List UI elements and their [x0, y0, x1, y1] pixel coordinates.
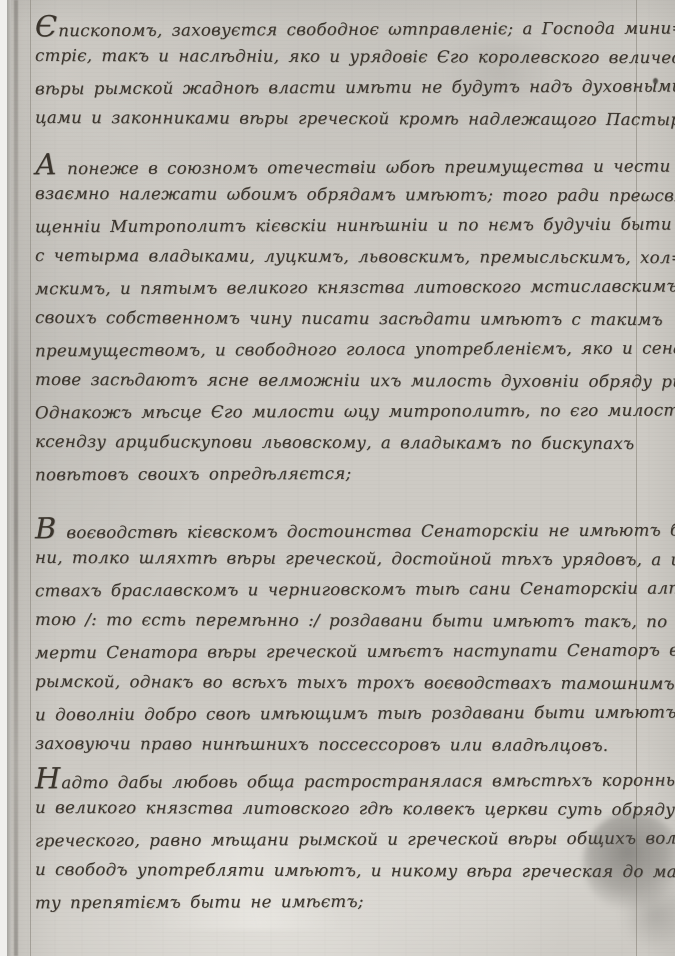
- manuscript-line: щенніи Митрополитъ кієвскіи нинѣшніи и п…: [35, 209, 637, 243]
- paragraph-3: В воєводствѣ кієвскомъ достоинства Сенат…: [35, 512, 637, 760]
- manuscript-line: своихъ собственномъ чину писати засѣдати…: [35, 302, 637, 335]
- ink-dot-mark: [653, 78, 658, 84]
- vertical-fold-crease: [14, 0, 18, 956]
- ink-blot-halo: [620, 880, 675, 950]
- manuscript-line: с четырма владыками, луцкимъ, львовскимъ…: [35, 240, 637, 273]
- manuscript-line: и великого князства литовского гдѣ колве…: [35, 792, 637, 825]
- paragraph-4: Надто дабы любовь обща растространялася …: [35, 762, 637, 917]
- manuscript-line: и свободъ употребляти имѣютъ, и никому в…: [35, 854, 637, 887]
- manuscript-line: ксендзу арцибискупови львовскому, а влад…: [35, 426, 637, 459]
- scan-edge-strip: [0, 0, 7, 956]
- manuscript-line: мскимъ, и пятымъ великого князства литов…: [35, 271, 637, 305]
- paragraph-2: А понеже в союзномъ отечествіи ωбоѣ преи…: [35, 148, 637, 489]
- manuscript-line: мерти Сенатора вѣры греческой имѣєтъ нас…: [35, 635, 637, 669]
- manuscript-line: А понеже в союзномъ отечествіи ωбоѣ преи…: [35, 147, 637, 181]
- manuscript-line: тою /: то єсть перемѣнно :/ роздавани бы…: [35, 604, 637, 637]
- manuscript-line: ту препятіємъ быти не имѣєтъ;: [35, 885, 637, 919]
- manuscript-line: В воєводствѣ кієвскомъ достоинства Сенат…: [35, 511, 637, 545]
- paragraph-1: Єпископомъ, заховуєтся свободноє ωтправл…: [35, 10, 637, 134]
- manuscript-line: стріє, такъ и наслѣдніи, яко и урядовіє …: [35, 40, 637, 73]
- text-block: Єпископомъ, заховуєтся свободноє ωтправл…: [35, 0, 637, 917]
- manuscript-line: преимуществомъ, и свободного голоса упот…: [35, 333, 637, 367]
- manuscript-line: повѣтовъ своихъ опредѣляєтся;: [35, 457, 637, 491]
- paper-left-edge: [7, 0, 11, 956]
- manuscript-line: и доволніи добро своѣ имѣющимъ тыѣ розда…: [35, 697, 637, 731]
- manuscript-line: Однакожъ мѣсце Єго милости ωцу митрополи…: [35, 395, 637, 429]
- manuscript-line: Надто дабы любовь обща растространялася …: [35, 761, 637, 795]
- manuscript-line: цами и законниками вѣры греческой кромѣ …: [35, 102, 637, 135]
- manuscript-line: Єпископомъ, заховуєтся свободноє ωтправл…: [35, 9, 637, 43]
- manuscript-line: тове засѣдаютъ ясне велможніи ихъ милост…: [35, 364, 637, 397]
- manuscript-line: ни, толко шляхтѣ вѣры греческой, достойн…: [35, 542, 637, 575]
- manuscript-line: взаємно належати ωбоимъ обрядамъ имѣютъ;…: [35, 178, 637, 211]
- manuscript-line: ствахъ браславскомъ и черниговскомъ тыѣ …: [35, 573, 637, 607]
- manuscript-line: вѣры рымской жадноѣ власти имѣти не буду…: [35, 71, 637, 105]
- manuscript-page: Єпископомъ, заховуєтся свободноє ωтправл…: [0, 0, 675, 956]
- manuscript-line: заховуючи право нинѣшнихъ поссессоровъ и…: [35, 728, 637, 761]
- manuscript-line: греческого, равно мѣщани рымской и грече…: [35, 823, 637, 857]
- manuscript-line: рымской, однакъ во всѣхъ тыхъ трохъ воєв…: [35, 666, 637, 699]
- left-margin-rule: [30, 0, 31, 956]
